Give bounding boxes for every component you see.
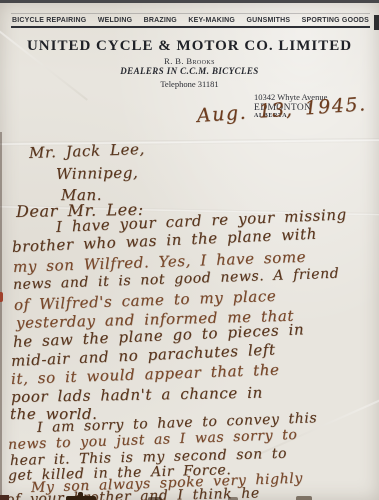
service-label: BICYCLE REPAIRING xyxy=(12,17,86,24)
service-label: WELDING xyxy=(98,17,132,24)
service-label: SPORTING GOODS xyxy=(302,17,369,24)
scan-edge-artifact xyxy=(374,15,379,30)
fold-mark-artifact xyxy=(0,292,3,302)
ink-smudge-artifact xyxy=(296,496,312,500)
company-name: UNITED CYCLE & MOTOR CO. LIMITED xyxy=(0,38,379,55)
service-label: BRAZING xyxy=(144,17,177,24)
service-label: GUNSMITHS xyxy=(246,17,290,24)
scan-edge-artifact xyxy=(0,0,379,3)
handwritten-date: Aug. 13, 1945. xyxy=(196,93,367,127)
recipient-line: Winnipeg, xyxy=(56,164,139,183)
letter-paper: BICYCLE REPAIRING WELDING BRAZING KEY-MA… xyxy=(0,2,379,500)
service-label: KEY-MAKING xyxy=(188,17,235,24)
ink-smudge-artifact xyxy=(78,492,83,500)
recipient-line: Mr. Jack Lee, xyxy=(29,140,145,162)
telephone-number: Telephone 31181 xyxy=(0,79,379,89)
scan-edge-artifact xyxy=(0,132,2,500)
dealer-tagline: DEALERS IN C.C.M. BICYCLES xyxy=(0,66,379,76)
scanned-letter: BICYCLE REPAIRING WELDING BRAZING KEY-MA… xyxy=(0,0,379,500)
proprietor-name: R. B. Brooks xyxy=(0,56,379,66)
handwritten-line: poor lads hadn't a chance in xyxy=(11,384,263,406)
letterhead-services-bar: BICYCLE REPAIRING WELDING BRAZING KEY-MA… xyxy=(11,13,370,28)
scan-edge-artifact xyxy=(0,495,9,500)
